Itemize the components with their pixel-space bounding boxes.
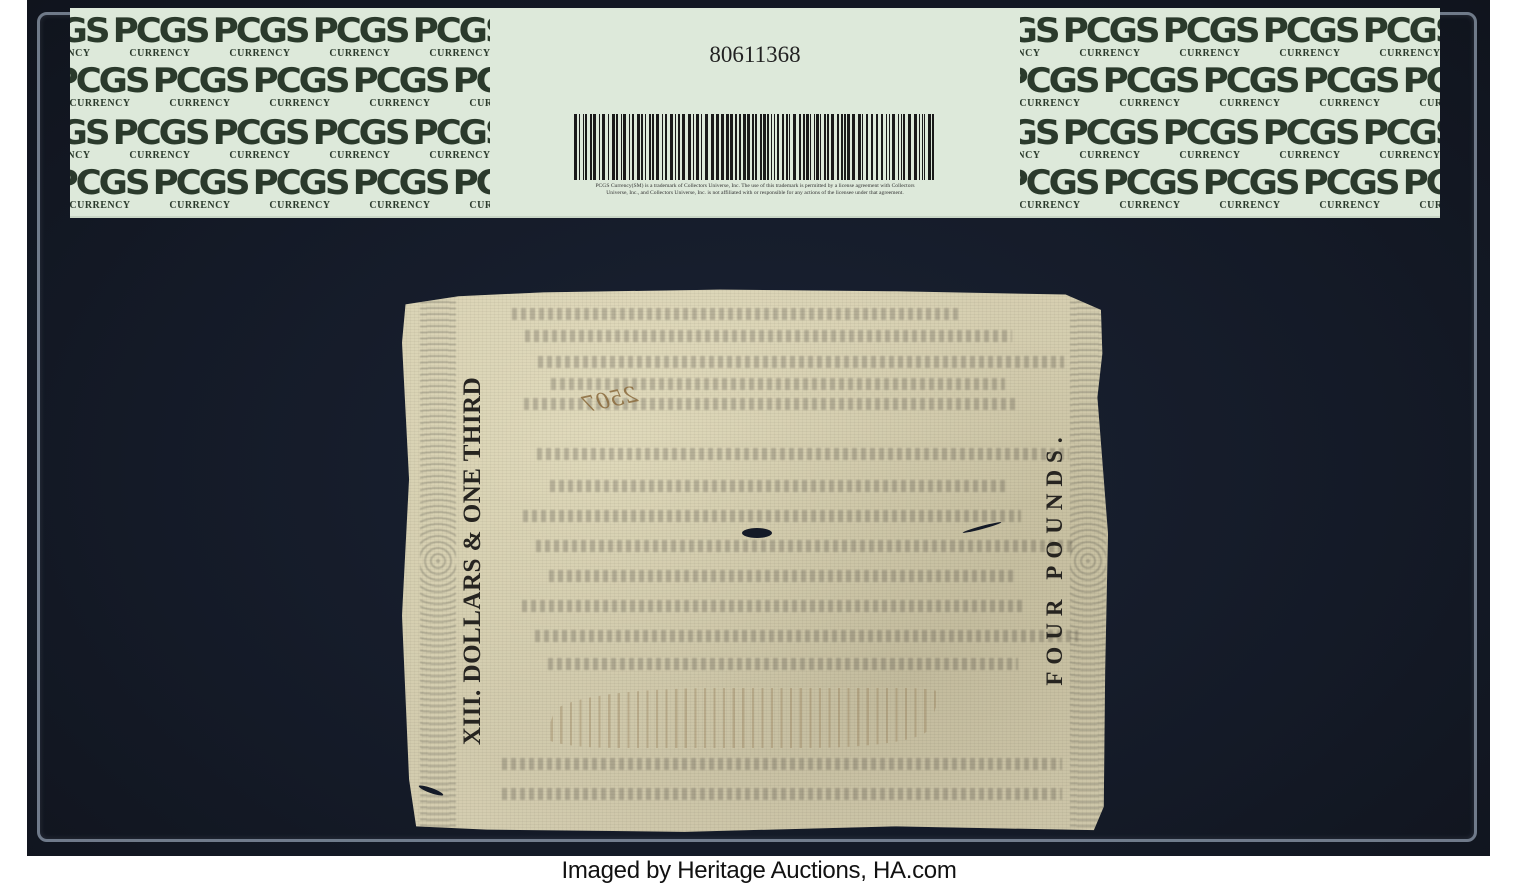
pcgs-logo: PCGSCURRENCY [1020, 166, 1100, 211]
pcgs-logo: PCGSCURRENCY [450, 64, 490, 109]
pcgs-logo: PCGSCURRENCY [450, 166, 490, 211]
pcgs-logo: PCGSCURRENCY [1400, 64, 1440, 109]
show-through-line [535, 630, 1078, 642]
logo-row: PCGSCURRENCYPCGSCURRENCYPCGSCURRENCYPCGS… [1020, 166, 1440, 211]
show-through-line [522, 600, 1026, 612]
pcgs-logo: PCGSCURRENCY [1200, 166, 1300, 211]
show-through-line [548, 658, 1018, 670]
logo-row: PCGSCURRENCYPCGSCURRENCYPCGSCURRENCYPCGS… [70, 166, 490, 211]
label-center: 80611368 PCGS Currency(SM) is a trademar… [537, 8, 973, 216]
pcgs-logo: PCGSCURRENCY [1260, 116, 1360, 161]
pcgs-logo: PCGSCURRENCY [1020, 64, 1100, 109]
show-through-line [502, 788, 1062, 800]
pcgs-logo: PCGSCURRENCY [1360, 14, 1440, 59]
logo-row: PCGSCURRENCYPCGSCURRENCYPCGSCURRENCYPCGS… [1020, 64, 1440, 109]
legal-line-1: PCGS Currency(SM) is a trademark of Coll… [537, 183, 973, 190]
pcgs-logo: PCGSCURRENCY [1160, 14, 1260, 59]
pcgs-logo: PCGSCURRENCY [410, 14, 490, 59]
pcgs-logo: PCGSCURRENCY [1020, 14, 1060, 59]
left-ornament-border [420, 288, 456, 834]
signature-show-through [541, 688, 943, 748]
banknote: 2507 XIII. DOLLARS & ONE THIRD FOUR POUN… [402, 288, 1108, 834]
show-through-line [538, 356, 1064, 368]
logo-row: PCGSCURRENCYPCGSCURRENCYPCGSCURRENCYPCGS… [70, 116, 490, 161]
pcgs-logo: PCGSCURRENCY [350, 64, 450, 109]
show-through-line [536, 540, 1074, 552]
pcgs-logo: PCGSCURRENCY [150, 64, 250, 109]
pcgs-logo: PCGSCURRENCY [1300, 166, 1400, 211]
cert-number: 80611368 [537, 42, 973, 68]
image-credit-caption: Imaged by Heritage Auctions, HA.com [0, 857, 1518, 885]
pcgs-logo: PCGSCURRENCY [110, 14, 210, 59]
show-through-line [537, 448, 1069, 460]
pcgs-logo: PCGSCURRENCY [1360, 116, 1440, 161]
show-through-line [550, 480, 1009, 492]
show-through-line [502, 758, 1062, 770]
pcgs-logo: PCGSCURRENCY [350, 166, 450, 211]
pcgs-logo: PCGSCURRENCY [70, 64, 150, 109]
pcgs-logo: PCGSCURRENCY [1060, 116, 1160, 161]
pcgs-logo: PCGSCURRENCY [1020, 116, 1060, 161]
logo-row: PCGSCURRENCYPCGSCURRENCYPCGSCURRENCYPCGS… [1020, 14, 1440, 59]
pcgs-logo: PCGSCURRENCY [1300, 64, 1400, 109]
label-logo-pattern-right: PCGSCURRENCYPCGSCURRENCYPCGSCURRENCYPCGS… [1020, 8, 1440, 216]
show-through-line [549, 570, 1014, 582]
grading-label: PCGSCURRENCYPCGSCURRENCYPCGSCURRENCYPCGS… [70, 8, 1440, 218]
pcgs-logo: PCGSCURRENCY [1160, 116, 1260, 161]
logo-row: PCGSCURRENCYPCGSCURRENCYPCGSCURRENCYPCGS… [70, 14, 490, 59]
pcgs-logo: PCGSCURRENCY [110, 116, 210, 161]
denomination-pounds-text: FOUR POUNDS. [1040, 388, 1070, 728]
show-through-line [523, 510, 1021, 522]
pcgs-logo: PCGSCURRENCY [70, 14, 110, 59]
pcgs-logo: PCGSCURRENCY [1200, 64, 1300, 109]
pcgs-logo: PCGSCURRENCY [70, 116, 110, 161]
pcgs-logo: PCGSCURRENCY [410, 116, 490, 161]
pcgs-logo: PCGSCURRENCY [210, 14, 310, 59]
pcgs-logo: PCGSCURRENCY [1400, 166, 1440, 211]
pcgs-logo: PCGSCURRENCY [1100, 166, 1200, 211]
pcgs-logo: PCGSCURRENCY [1060, 14, 1160, 59]
label-logo-pattern-left: PCGSCURRENCYPCGSCURRENCYPCGSCURRENCYPCGS… [70, 8, 490, 216]
denomination-dollars-text: XIII. DOLLARS & ONE THIRD [458, 288, 488, 834]
barcode [574, 114, 936, 180]
legal-line-2: Universe, Inc., and Collectors Universe,… [537, 190, 973, 197]
legal-text: PCGS Currency(SM) is a trademark of Coll… [537, 183, 973, 197]
pcgs-logo: PCGSCURRENCY [250, 166, 350, 211]
hole-damage [742, 528, 772, 538]
pcgs-logo: PCGSCURRENCY [1100, 64, 1200, 109]
mirrored-show-through-text [512, 288, 1072, 834]
show-through-line [512, 308, 960, 320]
pcgs-logo: PCGSCURRENCY [310, 116, 410, 161]
pcgs-logo: PCGSCURRENCY [1260, 14, 1360, 59]
pcgs-logo: PCGSCURRENCY [210, 116, 310, 161]
logo-row: PCGSCURRENCYPCGSCURRENCYPCGSCURRENCYPCGS… [1020, 116, 1440, 161]
logo-row: PCGSCURRENCYPCGSCURRENCYPCGSCURRENCYPCGS… [70, 64, 490, 109]
pcgs-logo: PCGSCURRENCY [250, 64, 350, 109]
show-through-line [525, 330, 1012, 342]
pcgs-logo: PCGSCURRENCY [310, 14, 410, 59]
pcgs-logo: PCGSCURRENCY [150, 166, 250, 211]
pcgs-logo: PCGSCURRENCY [70, 166, 150, 211]
